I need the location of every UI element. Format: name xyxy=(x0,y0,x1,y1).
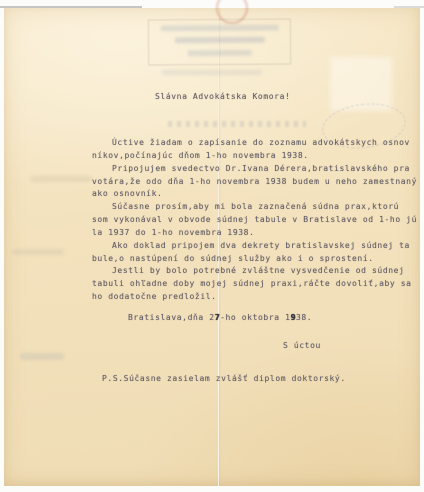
scanned-letter: Slávna Advokátska Komora! Úctive žiadam … xyxy=(0,0,424,492)
date-text: -ho oktobra 1 xyxy=(220,313,290,322)
body-line: ako osnovník. xyxy=(92,188,421,201)
salutation: Slávna Advokátska Komora! xyxy=(155,92,290,101)
postscript: P.S.Súčasne zasielam zvlášť diplom dokto… xyxy=(102,374,346,383)
body-line: Jestli by bolo potrebné zvláštne vysvedč… xyxy=(92,265,421,278)
body-line: votára,že odo dňa 1-ho novembra 1938 bud… xyxy=(92,176,421,189)
body-line: Súčasne prosím,aby mi bola zaznačená súd… xyxy=(92,201,421,214)
letter-paper: Slávna Advokátska Komora! Úctive žiadam … xyxy=(4,8,420,486)
stamp-text-row xyxy=(174,37,264,44)
bleedthrough-stamp xyxy=(148,19,291,66)
ink-smudge xyxy=(30,176,92,182)
body-line: bule,o nastúpení do súdnej služby ako i … xyxy=(92,253,421,266)
body-line: tabuli ohľadne doby mojej súdnej praxi,r… xyxy=(92,278,421,291)
closing-salutation: S úctou xyxy=(283,341,321,350)
stamp-text-row xyxy=(187,50,252,56)
letter-body: Úctive žiadam o zapísanie do zoznamu adv… xyxy=(92,137,421,304)
body-line: níkov,počínajúc dňom 1-ho novembra 1938. xyxy=(92,150,421,163)
date-text: Bratislava,dňa 2 xyxy=(128,313,215,322)
faded-patch xyxy=(330,57,392,111)
body-line: som vykonával v obvode súdnej tabule v B… xyxy=(92,214,421,227)
stamp-text-row xyxy=(160,25,278,32)
date-line: Bratislava,dňa 27-ho oktobra 1938. xyxy=(128,313,312,322)
body-line: la 1937 do 1-ho novembra 1938. xyxy=(92,227,421,240)
stamp-text-row xyxy=(162,70,262,75)
body-line: Pripojujem svedectvo Dr.Ivana Dérera,bra… xyxy=(92,163,421,176)
body-line: ho dodatočne predložil. xyxy=(92,291,421,304)
date-text: 38. xyxy=(296,313,312,322)
bleedthrough-text-row xyxy=(168,121,306,127)
body-line: Úctive žiadam o zapísanie do zoznamu adv… xyxy=(92,137,421,150)
ink-smudge xyxy=(20,353,64,360)
ink-smudge xyxy=(12,249,64,255)
body-line: Ako doklad pripojem dva dekrety bratisla… xyxy=(92,240,421,253)
